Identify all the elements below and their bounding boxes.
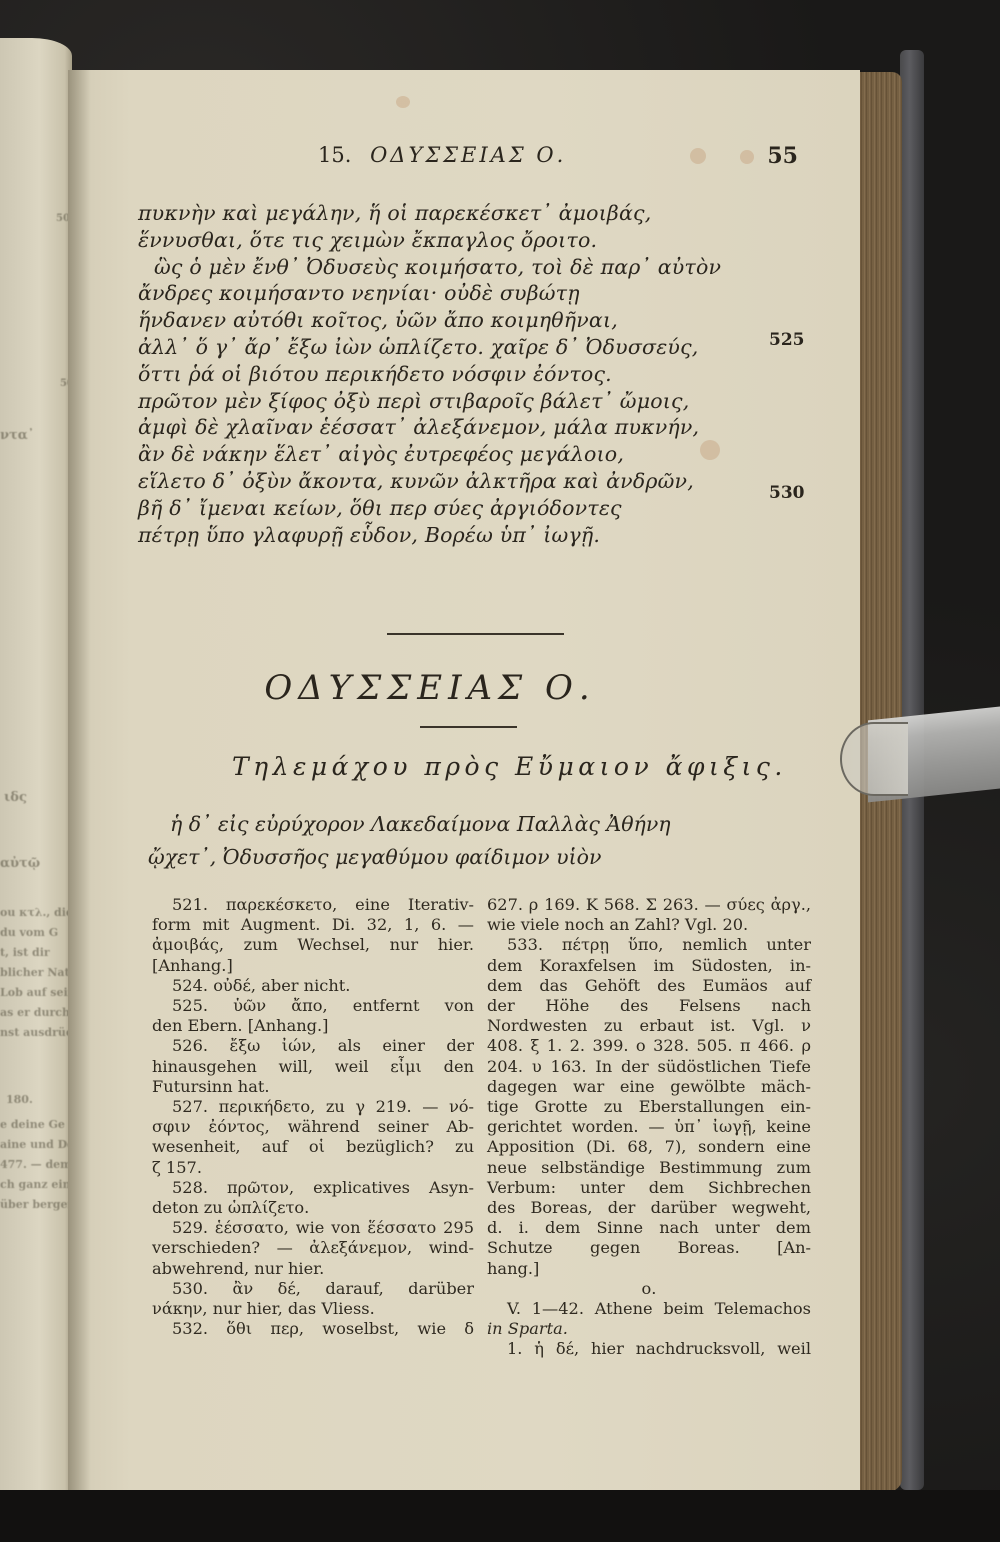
commentary-line: 524. οὐδέ, aber nicht. [152,976,474,996]
ghost-fragment: aine und Do [0,1138,75,1151]
commentary-line: σφιν ἐόντος, während seiner Ab- [152,1117,474,1137]
commentary-line: 204. υ 163. In der südöstlichen Tiefe [487,1057,811,1077]
commentary-line: Verbum: unter dem Sichbrechen [487,1178,811,1198]
commentary-line: dem Koraxfelsen im Südosten, in- [487,956,811,976]
commentary-line: der Höhe des Felsens nach [487,996,811,1016]
verse-line: πυκνὴν καὶ μεγάλην, ἥ οἱ παρεκέσκετ᾽ ἀμο… [138,200,738,227]
gutter-shadow [68,70,90,1498]
commentary-line: abwehrend, nur hier. [152,1259,474,1279]
commentary-line: V. 1—42. Athene beim Telemachos [487,1299,811,1319]
section-rule-bottom [420,726,517,728]
commentary-line: in Sparta. [487,1319,811,1339]
commentary-line: des Boreas, der darüber wegweht, [487,1198,811,1218]
commentary-line: 532. ὅθι περ, woselbst, wie δ [152,1319,474,1339]
verse-block: πυκνὴν καὶ μεγάλην, ἥ οἱ παρεκέσκετ᾽ ἀμο… [138,200,738,548]
book-number: 15. [318,143,351,167]
commentary-line: verschieden? — ἀλεξάνεμον, wind- [152,1238,474,1258]
commentary-line: [Anhang.] [152,956,474,976]
ghost-fragment: 180. [6,1093,33,1106]
commentary-line: deton zu ὡπλίζετο. [152,1198,474,1218]
verse-line: ὣς ὁ μὲν ἔνθ᾽ Ὀδυσεὺς κοιμήσατο, τοὶ δὲ … [138,254,738,281]
commentary-line: ζ 157. [152,1158,474,1178]
ghost-fragment: ch ganz ein [0,1178,71,1191]
commentary-line: Futursinn hat. [152,1077,474,1097]
commentary-line: neue selbständige Bestimmung zum [487,1158,811,1178]
running-head-title: ΟΔΥΣΣΕΙΑΣ Ο. [370,143,566,167]
commentary-line: 521. παρεκέσκετο, eine Iterativ- [152,895,474,915]
verse-line: εἵλετο δ᾽ ὀξὺν ἄκοντα, κυνῶν ἀλκτῆρα καὶ… [138,468,738,495]
commentary-line: 627. ρ 169. Κ 568. Σ 263. — σύες ἀργ., [487,895,811,915]
ghost-fragment: ou κτλ., die [0,906,73,919]
commentary-line: 533. πέτρῃ ὕπο, nemlich unter [487,935,811,955]
commentary-right-column: 627. ρ 169. Κ 568. Σ 263. — σύες ἀργ., w… [487,895,811,1360]
commentary-line: gerichtet worden. — ὑπ᾽ ἰωγῇ, keine [487,1117,811,1137]
book-subtitle: Τηλεμάχου πρὸς Εὔμαιον ἄφιξις. [232,752,787,781]
blade-tip [840,722,908,796]
ghost-fragment: as er durch [0,1006,70,1019]
commentary-line: wie viele noch an Zahl? Vgl. 20. [487,915,811,935]
commentary-line: den Ebern. [Anhang.] [152,1016,474,1036]
commentary-line: tige Grotte zu Eberstallungen ein- [487,1097,811,1117]
verse-line: ἥνδανεν αὐτόθι κοῖτος, ὑῶν ἄπο κοιμηθῆνα… [138,307,738,334]
commentary-line: νάκην, nur hier, das Vliess. [152,1299,474,1319]
commentary-line: Schutze gegen Boreas. [An- [487,1238,811,1258]
commentary-line: wesenheit, auf οἱ bezüglich? zu [152,1137,474,1157]
commentary-line: hinausgehen will, weil εἶμι den [152,1057,474,1077]
ghost-fragment: ιδς [4,790,27,805]
ghost-fragment: Lob auf sein [0,986,76,999]
ghost-fragment: über bergen [0,1198,76,1211]
left-page-edge: 500 505 ντα᾽ ιδς αὐτῷ ou κτλ., die du vo… [0,38,72,1493]
verse-line: πρῶτον μὲν ξίφος ὀξὺ περὶ στιβαροῖς βάλε… [138,388,738,415]
ghost-fragment: 477. — dem [0,1158,72,1171]
verse-line: ἕννυσθαι, ὅτε τις χειμὼν ἔκπαγλος ὄροιτο… [138,227,738,254]
commentary-line: 1. ἡ δέ, hier nachdrucksvoll, weil [487,1339,811,1359]
line-number: 530 [769,483,805,503]
commentary-section-marker: ο. [487,1279,811,1299]
ghost-fragment: du vom G [0,926,58,939]
verse-line: βῆ δ᾽ ἴμεναι κείων, ὅθι περ σύες ἀργιόδο… [138,495,738,522]
intro-verses: ἡ δ᾽ εἰς εὐρύχορον Λακεδαίμονα Παλλὰς Ἀθ… [148,808,671,874]
ghost-fragment: ντα᾽ [0,428,34,443]
verse-line: ἀμφὶ δὲ χλαῖναν ἑέσσατ᾽ ἀλεξάνεμον, μάλα… [138,414,738,441]
commentary-line: d. i. dem Sinne nach unter dem [487,1218,811,1238]
commentary-line: 527. περικήδετο, zu γ 219. — νό- [152,1097,474,1117]
page-holder-blade [838,710,1000,800]
ghost-fragment: αὐτῷ [0,856,40,871]
commentary-line: dagegen war eine gewölbte mäch- [487,1077,811,1097]
commentary-line: 528. πρῶτον, explicatives Asyn- [152,1178,474,1198]
foxing-spot [396,96,410,108]
verse-line: ἄνδρες κοιμήσαντο νεηνίαι· οὐδὲ συβώτῃ [138,280,738,307]
intro-verse-line: ᾤχετ᾽, Ὀδυσσῆος μεγαθύμου φαίδιμον υἱὸν [148,841,671,874]
commentary-line: dem das Gehöft des Eumäos auf [487,976,811,996]
commentary-line: 526. ἔξω ἰών, als einer der [152,1036,474,1056]
verse-line: ὅττι ῥά οἱ βιότου περικήδετο νόσφιν ἐόντ… [138,361,738,388]
verse-line: ἀλλ᾽ ὅ γ᾽ ἄρ᾽ ἔξω ἰὼν ὡπλίζετο. χαῖρε δ᾽… [138,334,738,361]
commentary-line: 529. ἑέσσατο, wie von ἕέσσατο 295 [152,1218,474,1238]
commentary-line: Nordwesten zu erbaut ist. Vgl. ν [487,1016,811,1036]
commentary-line: 525. ὑῶν ἄπο, entfernt von [152,996,474,1016]
commentary-line: form mit Augment. Di. 32, 1, 6. — [152,915,474,935]
page-number: 55 [767,143,798,169]
ghost-fragment: e deine Ge [0,1118,65,1131]
commentary-line: ἀμοιβάς, zum Wechsel, nur hier. [152,935,474,955]
commentary-line: 408. ξ 1. 2. 399. ο 328. 505. π 466. ρ [487,1036,811,1056]
verse-line: πέτρῃ ὕπο γλαφυρῇ εὗδον, Βορέω ὑπ᾽ ἰωγῇ. [138,522,738,549]
verse-line: ἂν δὲ νάκην ἕλετ᾽ αἰγὸς ἐυτρεφέος μεγάλο… [138,441,738,468]
bottom-shadow [0,1490,1000,1542]
commentary-line: 530. ἂν δέ, darauf, darüber [152,1279,474,1299]
section-rule-top [387,633,564,635]
ghost-fragment: t, ist dir [0,946,50,959]
line-number: 525 [769,330,805,350]
commentary-line: hang.] [487,1259,811,1279]
book-title: ΟΔΥΣΣΕΙΑΣ Ο. [0,668,860,708]
commentary-line: Apposition (Di. 68, 7), sondern eine [487,1137,811,1157]
ghost-fragment: blicher Nat [0,966,70,979]
commentary-left-column: 521. παρεκέσκετο, eine Iterativ- form mi… [152,895,474,1339]
running-head: 15. ΟΔΥΣΣΕΙΑΣ Ο. 55 [318,143,798,173]
intro-verse-line: ἡ δ᾽ εἰς εὐρύχορον Λακεδαίμονα Παλλὰς Ἀθ… [148,808,671,841]
